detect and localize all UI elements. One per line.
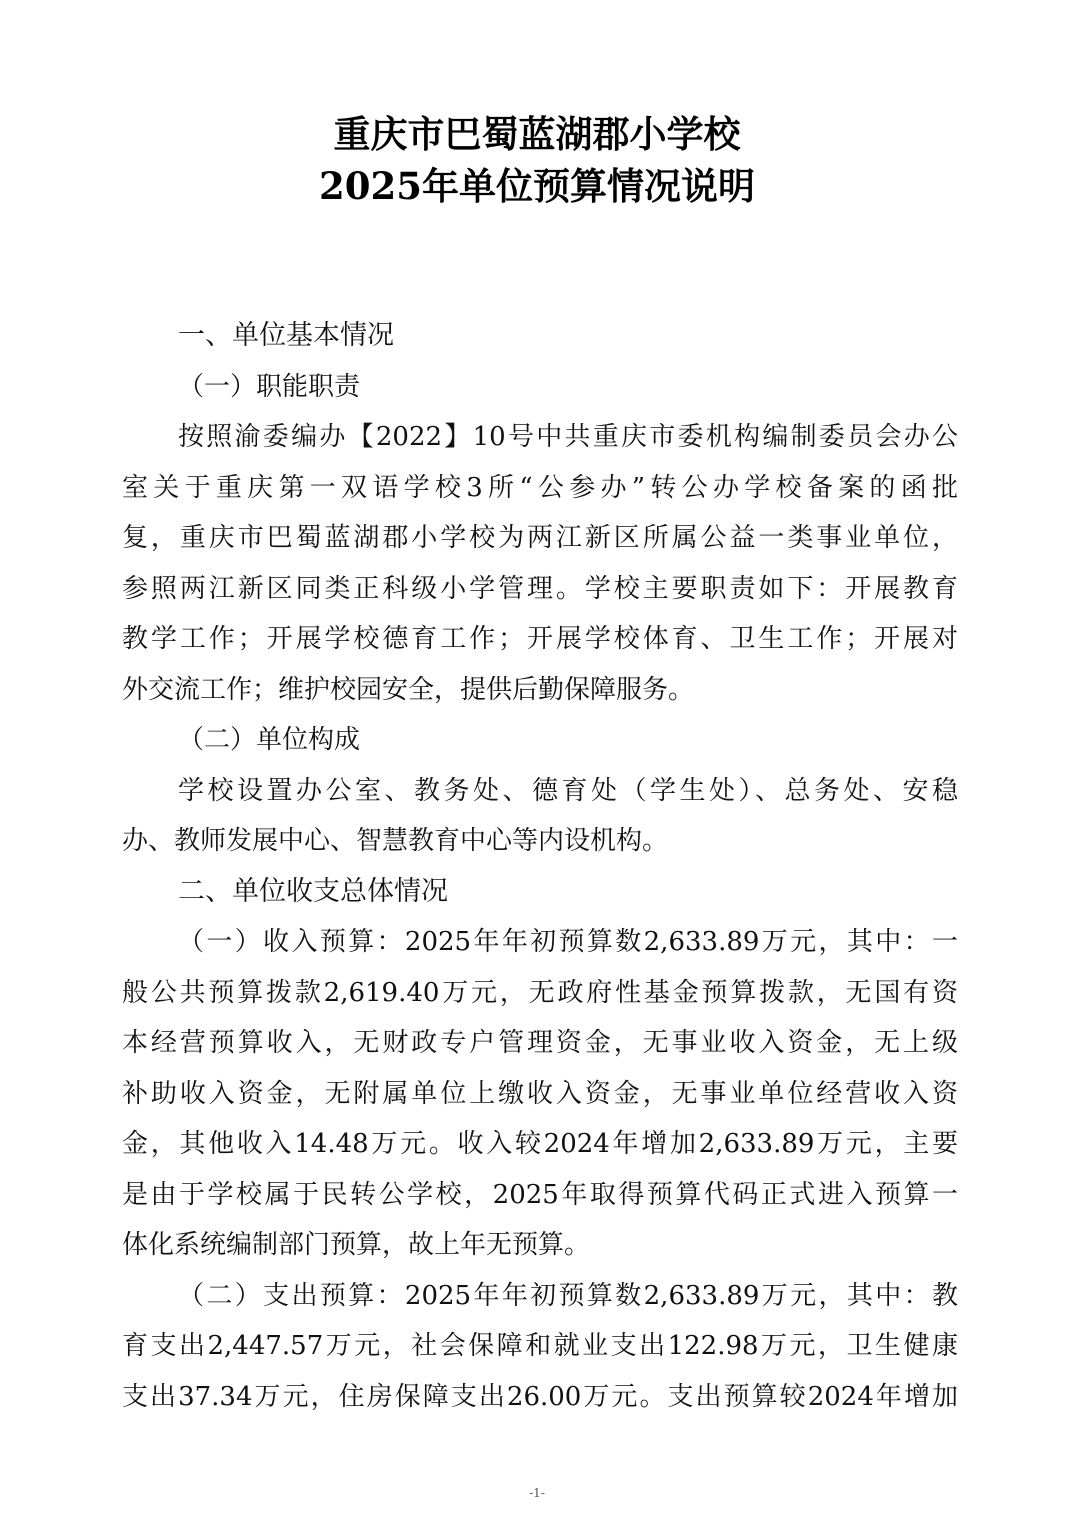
paragraph-line: 按照渝委编办【2022】10号中共重庆市委机构编制委员会办公 (122, 412, 958, 463)
paragraph-line: 般公共预算拨款2,619.40万元，无政府性基金预算拨款，无国有资 (122, 968, 958, 1019)
paragraph-line: 补助收入资金，无附属单位上缴收入资金，无事业单位经营收入资 (122, 1069, 958, 1120)
paragraph-line-income-lead: （一）收入预算：2025年年初预算数2,633.89万元，其中：一 (122, 917, 958, 968)
income-budget-text: 2025年年初预算数2,633.89万元，其中：一 (405, 927, 958, 957)
title-line-report: 2025年单位预算情况说明 (0, 160, 1074, 212)
paragraph-line: 本经营预算收入，无财政专户管理资金，无事业收入资金，无上级 (122, 1018, 958, 1069)
paragraph-line: 参照两江新区同类正科级小学管理。学校主要职责如下：开展教育 (122, 564, 958, 615)
paragraph-line: 金，其他收入14.48万元。收入较2024年增加2,633.89万元，主要 (122, 1119, 958, 1170)
paragraph-line: 外交流工作；维护校园安全，提供后勤保障服务。 (122, 665, 958, 716)
subsection-heading-functions: （一）职能职责 (122, 362, 958, 413)
paragraph-line: 育支出2,447.57万元，社会保障和就业支出122.98万元，卫生健康 (122, 1321, 958, 1372)
section-heading-basic-info: 一、单位基本情况 (122, 311, 958, 362)
document-body: 一、单位基本情况 （一）职能职责 按照渝委编办【2022】10号中共重庆市委机构… (122, 311, 958, 1422)
paragraph-line: 办、教师发展中心、智慧教育中心等内设机构。 (122, 816, 958, 867)
section-heading-income-expenditure: 二、单位收支总体情况 (122, 867, 958, 918)
paragraph-line: 支出37.34万元，住房保障支出26.00万元。支出预算较2024年增加 (122, 1372, 958, 1423)
paragraph-line: 学校设置办公室、教务处、德育处（学生处）、总务处、安稳 (122, 766, 958, 817)
subsection-heading-composition: （二）单位构成 (122, 715, 958, 766)
paragraph-line: 体化系统编制部门预算，故上年无预算。 (122, 1220, 958, 1271)
subsection-heading-expenditure-budget: （二）支出预算： (178, 1281, 405, 1311)
document-title: 重庆市巴蜀蓝湖郡小学校 2025年单位预算情况说明 (0, 108, 1074, 212)
title-line-school: 重庆市巴蜀蓝湖郡小学校 (0, 108, 1074, 160)
paragraph-line: 室关于重庆第一双语学校3所“公参办”转公办学校备案的函批 (122, 463, 958, 514)
expenditure-budget-text: 2025年年初预算数2,633.89万元，其中：教 (405, 1281, 958, 1311)
subsection-heading-income-budget: （一）收入预算： (178, 927, 405, 957)
paragraph-line-expenditure-lead: （二）支出预算：2025年年初预算数2,633.89万元，其中：教 (122, 1271, 958, 1322)
page-number: -1- (0, 1486, 1074, 1500)
paragraph-line: 是由于学校属于民转公学校，2025年取得预算代码正式进入预算一 (122, 1170, 958, 1221)
paragraph-line: 复，重庆市巴蜀蓝湖郡小学校为两江新区所属公益一类事业单位， (122, 513, 958, 564)
paragraph-line: 教学工作；开展学校德育工作；开展学校体育、卫生工作；开展对 (122, 614, 958, 665)
document-page: 重庆市巴蜀蓝湖郡小学校 2025年单位预算情况说明 一、单位基本情况 （一）职能… (0, 0, 1074, 1520)
